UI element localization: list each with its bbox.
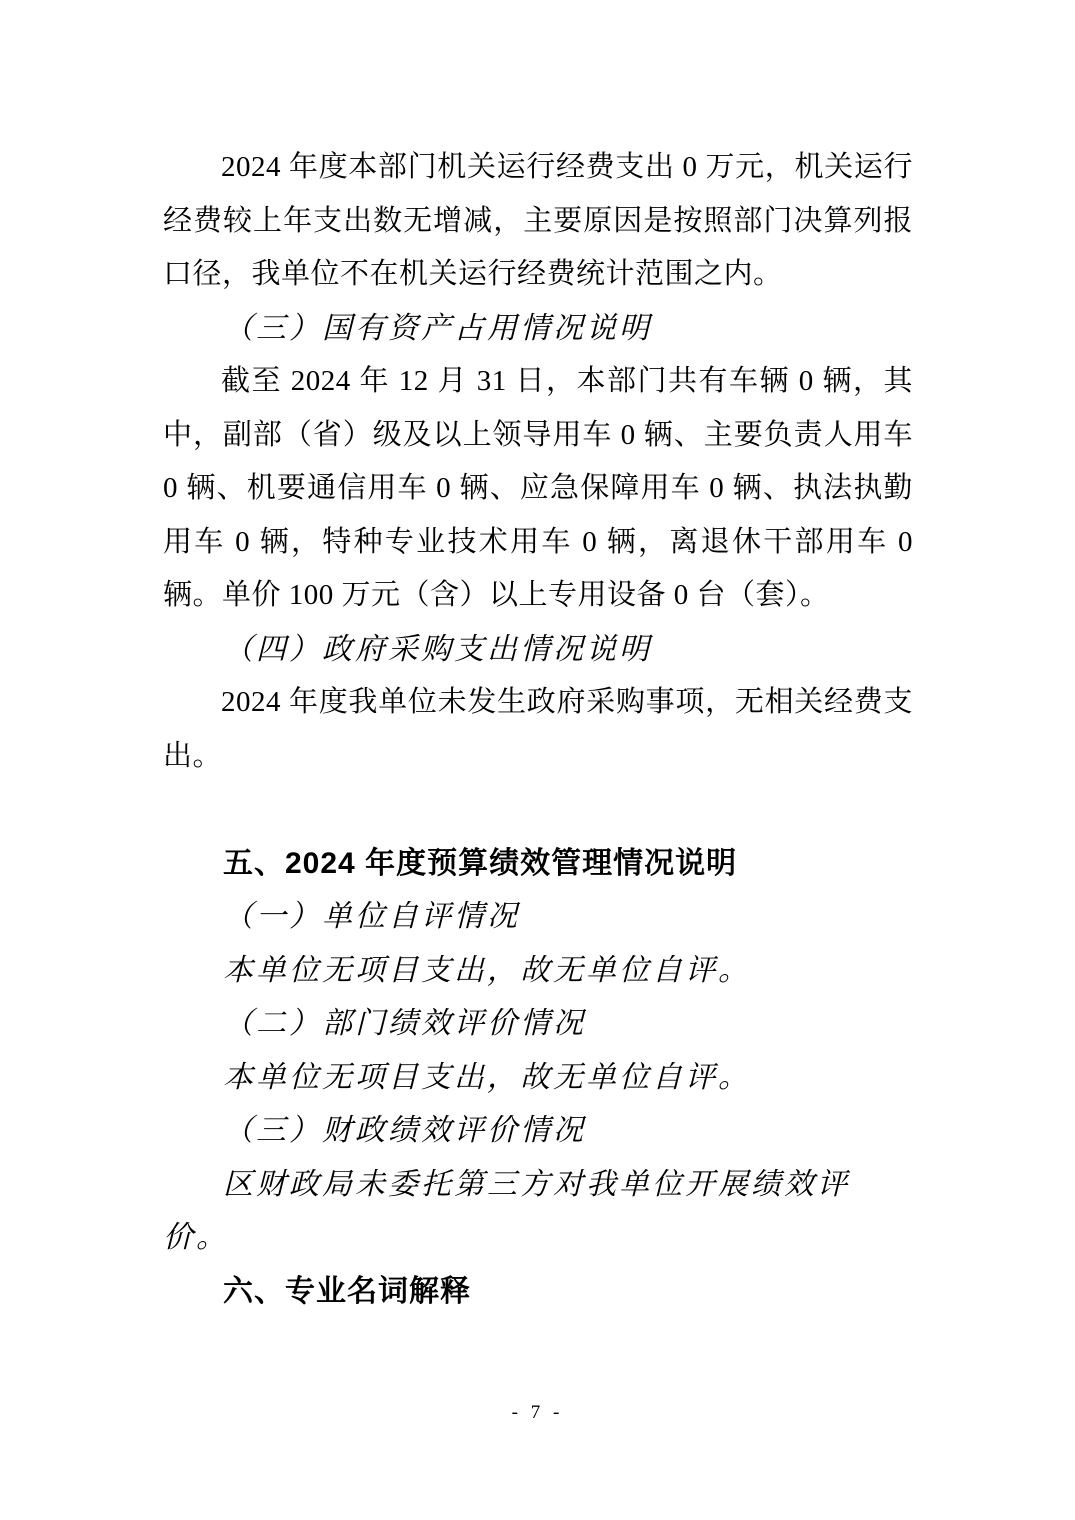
paragraph-self-evaluation: 本单位无项目支出，故无单位自评。 (163, 944, 913, 998)
paragraph-fiscal-evaluation: 区财政局未委托第三方对我单位开展绩效评价。 (163, 1158, 913, 1265)
document-page: 2024 年度本部门机关运行经费支出 0 万元，机关运行经费较上年支出数无增减，… (0, 0, 1075, 1520)
subheading-fiscal-evaluation: （三）财政绩效评价情况 (163, 1104, 913, 1158)
page-number: - 7 - (512, 1402, 564, 1423)
paragraph-gov-procurement: 2024 年度我单位未发生政府采购事项，无相关经费支出。 (163, 676, 913, 783)
paragraph-state-assets: 截至 2024 年 12 月 31 日，本部门共有车辆 0 辆，其中，副部（省）… (163, 355, 913, 623)
section-heading-six: 六、专业名词解释 (163, 1265, 913, 1319)
subheading-state-assets: （三）国有资产占用情况说明 (163, 302, 913, 356)
subheading-gov-procurement: （四）政府采购支出情况说明 (163, 623, 913, 677)
paragraph-operating-expense: 2024 年度本部门机关运行经费支出 0 万元，机关运行经费较上年支出数无增减，… (163, 141, 913, 302)
paragraph-department-evaluation: 本单位无项目支出，故无单位自评。 (163, 1051, 913, 1105)
subheading-self-evaluation: （一）单位自评情况 (163, 890, 913, 944)
section-heading-five: 五、2024 年度预算绩效管理情况说明 (163, 837, 913, 891)
subheading-department-evaluation: （二）部门绩效评价情况 (163, 997, 913, 1051)
document-body: 2024 年度本部门机关运行经费支出 0 万元，机关运行经费较上年支出数无增减，… (163, 141, 913, 1318)
page-footer: - 7 - (0, 1402, 1075, 1424)
